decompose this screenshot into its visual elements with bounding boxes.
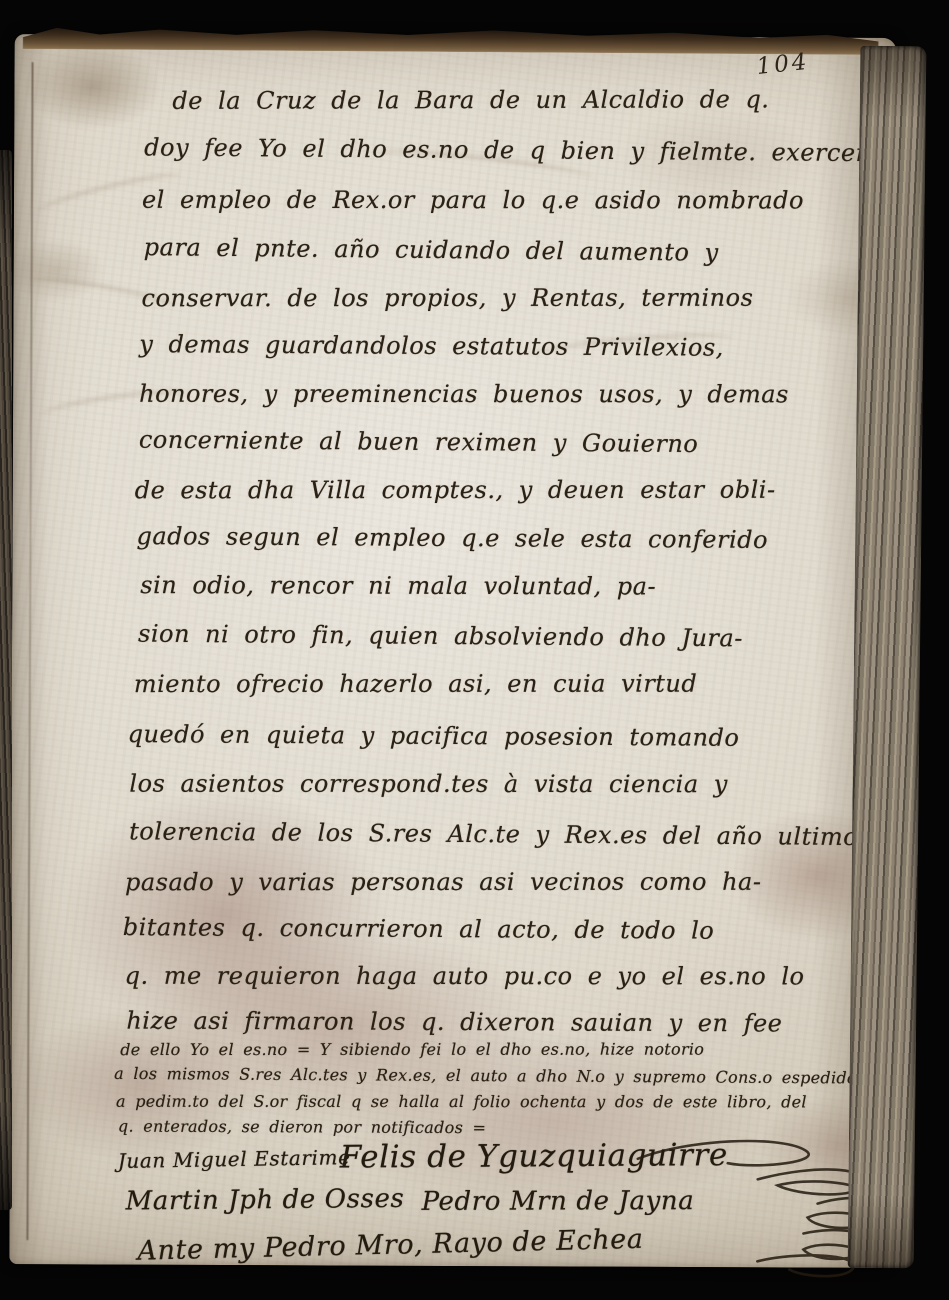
manuscript-line: miento ofrecio hazerlo asi, en cuia virt… — [134, 670, 697, 698]
manuscript-line: conservar. de los propios, y Rentas, ter… — [142, 284, 754, 313]
signature: Ante my Pedro Mro, Rayo de Echea — [137, 1224, 644, 1267]
manuscript-line: bitantes q. concurrieron al acto, de tod… — [123, 913, 715, 945]
manuscript-page: 104 de la Cruz de la Bara de un Alcaldio… — [9, 34, 896, 1268]
manuscript-line: doy fee Yo el dho es.no de q bien y fiel… — [144, 133, 882, 167]
manuscript-line: a los mismos S.res Alc.tes y Rex.es, el … — [114, 1064, 857, 1088]
book-left-page-edges — [0, 150, 12, 1210]
manuscript-line: y demas guardandolos estatutos Privilexi… — [139, 330, 724, 362]
binding-crease — [26, 62, 33, 1240]
manuscript-line: a pedim.to del S.or fiscal q se halla al… — [116, 1092, 807, 1112]
manuscript-line: de ello Yo el es.no = Y sibiendo fei lo … — [120, 1040, 704, 1060]
photo-background: 104 de la Cruz de la Bara de un Alcaldio… — [0, 0, 949, 1300]
signature: Pedro Mrn de Jayna — [422, 1186, 695, 1217]
manuscript-line: los asientos correspond.tes à vista cien… — [129, 770, 727, 799]
manuscript-line: q. enterados, se dieron por notificados … — [118, 1117, 486, 1138]
manuscript-line: de esta dha Villa comptes., y deuen esta… — [135, 476, 776, 505]
manuscript-line: tolerencia de los S.res Alc.te y Rex.es … — [129, 817, 858, 851]
page-top-edge — [23, 23, 879, 55]
manuscript-line: honores, y preeminencias buenos usos, y … — [139, 380, 789, 409]
manuscript-line: hize asi firmaron los q. dixeron sauian … — [126, 1007, 782, 1038]
manuscript-line: pasado y varias personas asi vecinos com… — [125, 868, 762, 897]
signature: Martin Jph de Osses — [125, 1184, 404, 1217]
manuscript-line: de la Cruz de la Bara de un Alcaldio de … — [172, 85, 769, 115]
manuscript-line: para el pnte. año cuidando del aumento y — [144, 233, 719, 267]
book-fore-edge — [848, 46, 927, 1269]
manuscript-line: concerniente al buen reximen y Gouierno — [139, 426, 699, 458]
manuscript-line: el empleo de Rex.or para lo q.e asido no… — [142, 186, 804, 215]
manuscript-line: sin odio, rencor ni mala voluntad, pa- — [140, 571, 656, 600]
manuscript-line: quedó en quieta y pacifica posesion toma… — [128, 720, 740, 752]
manuscript-line: gados segun el empleo q.e sele esta conf… — [136, 522, 768, 554]
folio-number: 104 — [755, 49, 810, 80]
manuscript-line: sion ni otro fin, quien absolviendo dho … — [138, 620, 743, 653]
signature: Felis de Yguzquiaguirre — [340, 1137, 728, 1175]
manuscript-line: q. me requieron haga auto pu.co e yo el … — [125, 962, 805, 991]
signature: Juan Miguel Estarime — [118, 1145, 351, 1173]
